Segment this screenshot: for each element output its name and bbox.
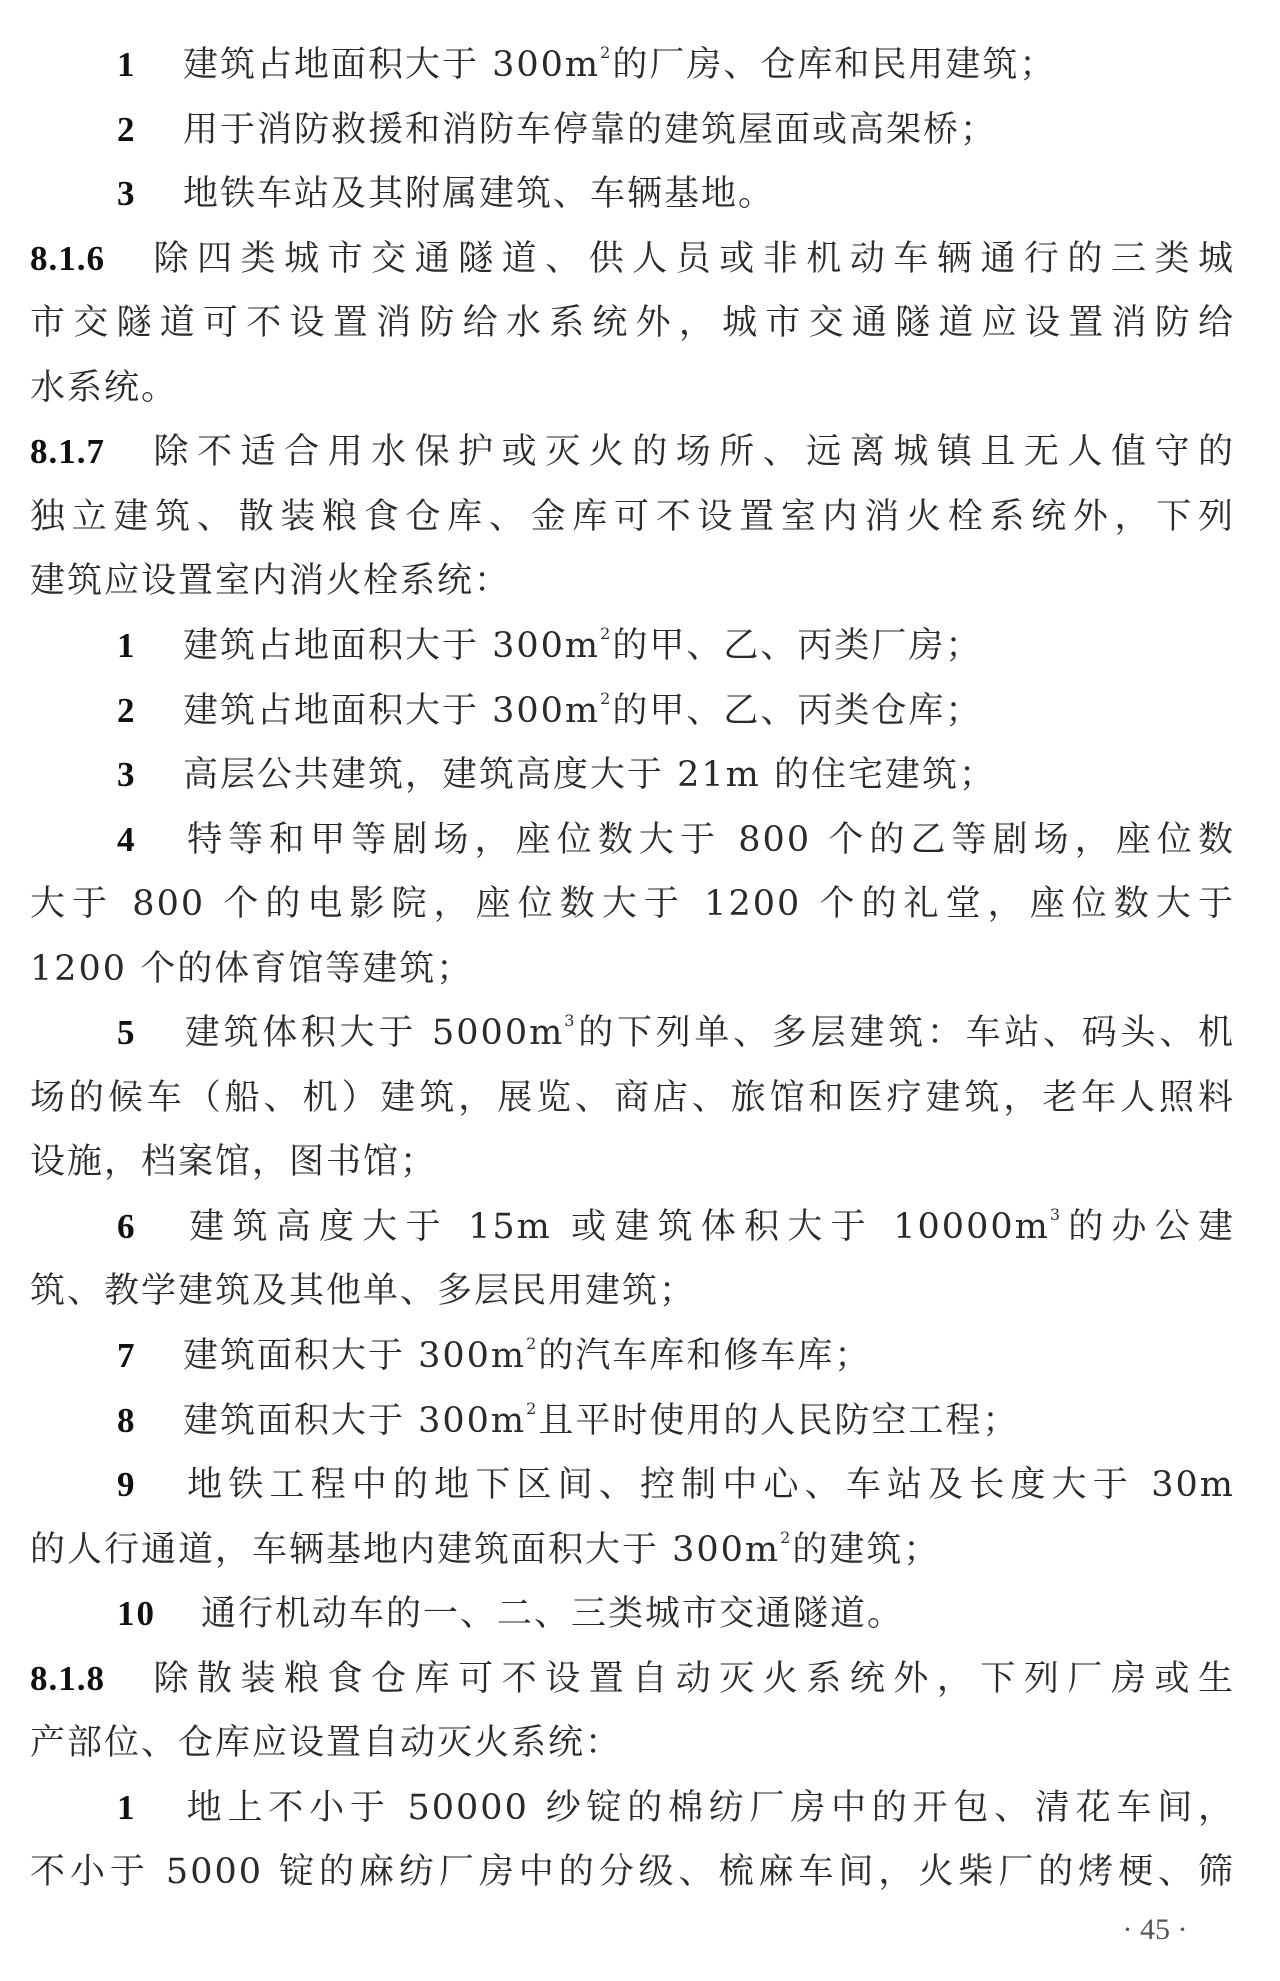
list-item-line: 1建筑占地面积大于 300m2的甲、乙、丙类厂房；	[117, 614, 1235, 678]
superscript: 3	[564, 1011, 576, 1030]
item-number: 1	[117, 33, 183, 97]
line-text-tail: 的甲、乙、丙类仓库；	[612, 691, 982, 731]
line-text: 场的候车（船、机）建筑，展览、商店、旅馆和医疗建筑，老年人照料	[30, 1078, 1235, 1118]
item-number: 1	[117, 1776, 183, 1840]
page-number: · 45 ·	[1100, 1910, 1210, 1950]
list-item-line: 5建筑体积大于 5000m3的下列单、多层建筑：车站、码头、机	[117, 1001, 1235, 1065]
list-item-line: 4特等和甲等剧场，座位数大于 800 个的乙等剧场，座位数	[117, 808, 1235, 872]
line-text: 建筑应设置室内消火栓系统：	[30, 561, 511, 601]
line-text-tail: 的下列单、多层建筑：车站、码头、机	[576, 1013, 1235, 1053]
continuation-line: 场的候车（船、机）建筑，展览、商店、旅馆和医疗建筑，老年人照料	[30, 1066, 1235, 1130]
line-text: 大于 800 个的电影院，座位数大于 1200 个的礼堂，座位数大于	[30, 884, 1235, 924]
line-text: 不小于 5000 锭的麻纺厂房中的分级、梳麻车间，火柴厂的烤梗、筛	[30, 1852, 1235, 1892]
item-number: 1	[117, 614, 183, 678]
continuation-line: 独立建筑、散装粮食仓库、金库可不设置室内消火栓系统外，下列	[30, 485, 1235, 549]
item-number: 2	[117, 679, 183, 743]
superscript: 2	[600, 43, 612, 62]
line-text: 设施，档案馆，图书馆；	[30, 1142, 437, 1182]
list-item-line: 8建筑面积大于 300m2且平时使用的人民防空工程；	[117, 1389, 1235, 1453]
line-text: 地铁工程中的地下区间、控制中心、车站及长度大于 30m	[183, 1465, 1235, 1505]
superscript: 2	[600, 689, 612, 708]
line-text: 除四类城市交通隧道、供人员或非机动车辆通行的三类城	[147, 239, 1235, 279]
line-text-tail: 的厂房、仓库和民用建筑；	[612, 45, 1056, 85]
clause-line: 8.1.6除四类城市交通隧道、供人员或非机动车辆通行的三类城	[30, 227, 1235, 291]
line-text-tail: 的办公建	[1062, 1207, 1235, 1247]
continuation-line: 水系统。	[30, 356, 1235, 420]
continuation-line: 1200 个的体育馆等建筑；	[30, 937, 1235, 1001]
line-text-tail: 的汽车库和修车库；	[538, 1336, 871, 1376]
list-item-line: 9地铁工程中的地下区间、控制中心、车站及长度大于 30m	[117, 1453, 1235, 1517]
clause-line: 8.1.8除散装粮食仓库可不设置自动灭火系统外，下列厂房或生	[30, 1647, 1235, 1711]
line-text: 独立建筑、散装粮食仓库、金库可不设置室内消火栓系统外，下列	[30, 497, 1235, 537]
line-text: 建筑高度大于 15m 或建筑体积大于 10000m	[183, 1207, 1050, 1247]
line-text: 建筑面积大于 300m	[183, 1336, 526, 1376]
superscript: 2	[526, 1399, 538, 1418]
line-text: 地铁车站及其附属建筑、车辆基地。	[183, 174, 775, 214]
superscript: 2	[526, 1334, 538, 1353]
item-number: 10	[117, 1582, 201, 1646]
superscript: 3	[1050, 1205, 1062, 1224]
line-text: 建筑面积大于 300m	[183, 1401, 526, 1441]
line-text-tail: 且平时使用的人民防空工程；	[538, 1401, 1019, 1441]
line-text: 筑、教学建筑及其他单、多层民用建筑；	[30, 1271, 696, 1311]
line-text: 建筑占地面积大于 300m	[183, 691, 600, 731]
line-text: 地上不小于 50000 纱锭的棉纺厂房中的开包、清花车间，	[183, 1788, 1235, 1828]
line-text: 市交隧道可不设置消防给水系统外，城市交通隧道应设置消防给	[30, 303, 1235, 343]
list-item-line: 2用于消防救援和消防车停靠的建筑屋面或高架桥；	[117, 98, 1235, 162]
line-text: 通行机动车的一、二、三类城市交通隧道。	[201, 1594, 904, 1634]
line-text: 产部位、仓库应设置自动灭火系统：	[30, 1723, 622, 1763]
clause-line: 8.1.7除不适合用水保护或灭火的场所、远离城镇且无人值守的	[30, 420, 1235, 484]
list-item-line: 3地铁车站及其附属建筑、车辆基地。	[117, 162, 1235, 226]
line-text: 建筑占地面积大于 300m	[183, 45, 600, 85]
continuation-line: 产部位、仓库应设置自动灭火系统：	[30, 1711, 1235, 1775]
superscript: 2	[600, 624, 612, 643]
line-text: 除不适合用水保护或灭火的场所、远离城镇且无人值守的	[147, 432, 1235, 472]
line-text: 特等和甲等剧场，座位数大于 800 个的乙等剧场，座位数	[183, 820, 1235, 860]
item-number: 7	[117, 1324, 183, 1388]
item-number: 3	[117, 162, 183, 226]
continuation-line: 设施，档案馆，图书馆；	[30, 1130, 1235, 1194]
line-text: 建筑占地面积大于 300m	[183, 626, 600, 666]
line-text: 的人行通道，车辆基地内建筑面积大于 300m	[30, 1530, 780, 1570]
line-text: 除散装粮食仓库可不设置自动灭火系统外，下列厂房或生	[147, 1659, 1235, 1699]
item-number: 9	[117, 1453, 183, 1517]
item-number: 4	[117, 808, 183, 872]
list-item-line: 2建筑占地面积大于 300m2的甲、乙、丙类仓库；	[117, 679, 1235, 743]
list-item-line: 3高层公共建筑，建筑高度大于 21m 的住宅建筑；	[117, 743, 1235, 807]
line-text-tail: 的甲、乙、丙类厂房；	[612, 626, 982, 666]
list-item-line: 1建筑占地面积大于 300m2的厂房、仓库和民用建筑；	[117, 33, 1235, 97]
line-text: 高层公共建筑，建筑高度大于 21m 的住宅建筑；	[183, 755, 996, 795]
list-item-line: 7建筑面积大于 300m2的汽车库和修车库；	[117, 1324, 1235, 1388]
clause-number: 8.1.7	[30, 420, 147, 484]
line-text: 1200 个的体育馆等建筑；	[30, 949, 473, 989]
document-page: 1建筑占地面积大于 300m2的厂房、仓库和民用建筑；2用于消防救援和消防车停靠…	[0, 0, 1280, 1981]
list-item-line: 1地上不小于 50000 纱锭的棉纺厂房中的开包、清花车间，	[117, 1776, 1235, 1840]
item-number: 5	[117, 1001, 183, 1065]
list-item-line: 6建筑高度大于 15m 或建筑体积大于 10000m3的办公建	[117, 1195, 1235, 1259]
continuation-line: 建筑应设置室内消火栓系统：	[30, 549, 1235, 613]
line-text-tail: 的建筑；	[792, 1530, 940, 1570]
list-item-line: 10通行机动车的一、二、三类城市交通隧道。	[117, 1582, 1235, 1646]
superscript: 2	[780, 1528, 792, 1547]
item-number: 6	[117, 1195, 183, 1259]
line-text: 用于消防救援和消防车停靠的建筑屋面或高架桥；	[183, 110, 997, 150]
item-number: 2	[117, 98, 183, 162]
continuation-line: 筑、教学建筑及其他单、多层民用建筑；	[30, 1259, 1235, 1323]
continuation-line: 不小于 5000 锭的麻纺厂房中的分级、梳麻车间，火柴厂的烤梗、筛	[30, 1840, 1235, 1904]
clause-number: 8.1.6	[30, 227, 147, 291]
continuation-line: 的人行通道，车辆基地内建筑面积大于 300m2的建筑；	[30, 1518, 1235, 1582]
line-text: 建筑体积大于 5000m	[183, 1013, 564, 1053]
item-number: 8	[117, 1389, 183, 1453]
continuation-line: 大于 800 个的电影院，座位数大于 1200 个的礼堂，座位数大于	[30, 872, 1235, 936]
clause-number: 8.1.8	[30, 1647, 147, 1711]
item-number: 3	[117, 743, 183, 807]
continuation-line: 市交隧道可不设置消防给水系统外，城市交通隧道应设置消防给	[30, 291, 1235, 355]
line-text: 水系统。	[30, 368, 178, 408]
